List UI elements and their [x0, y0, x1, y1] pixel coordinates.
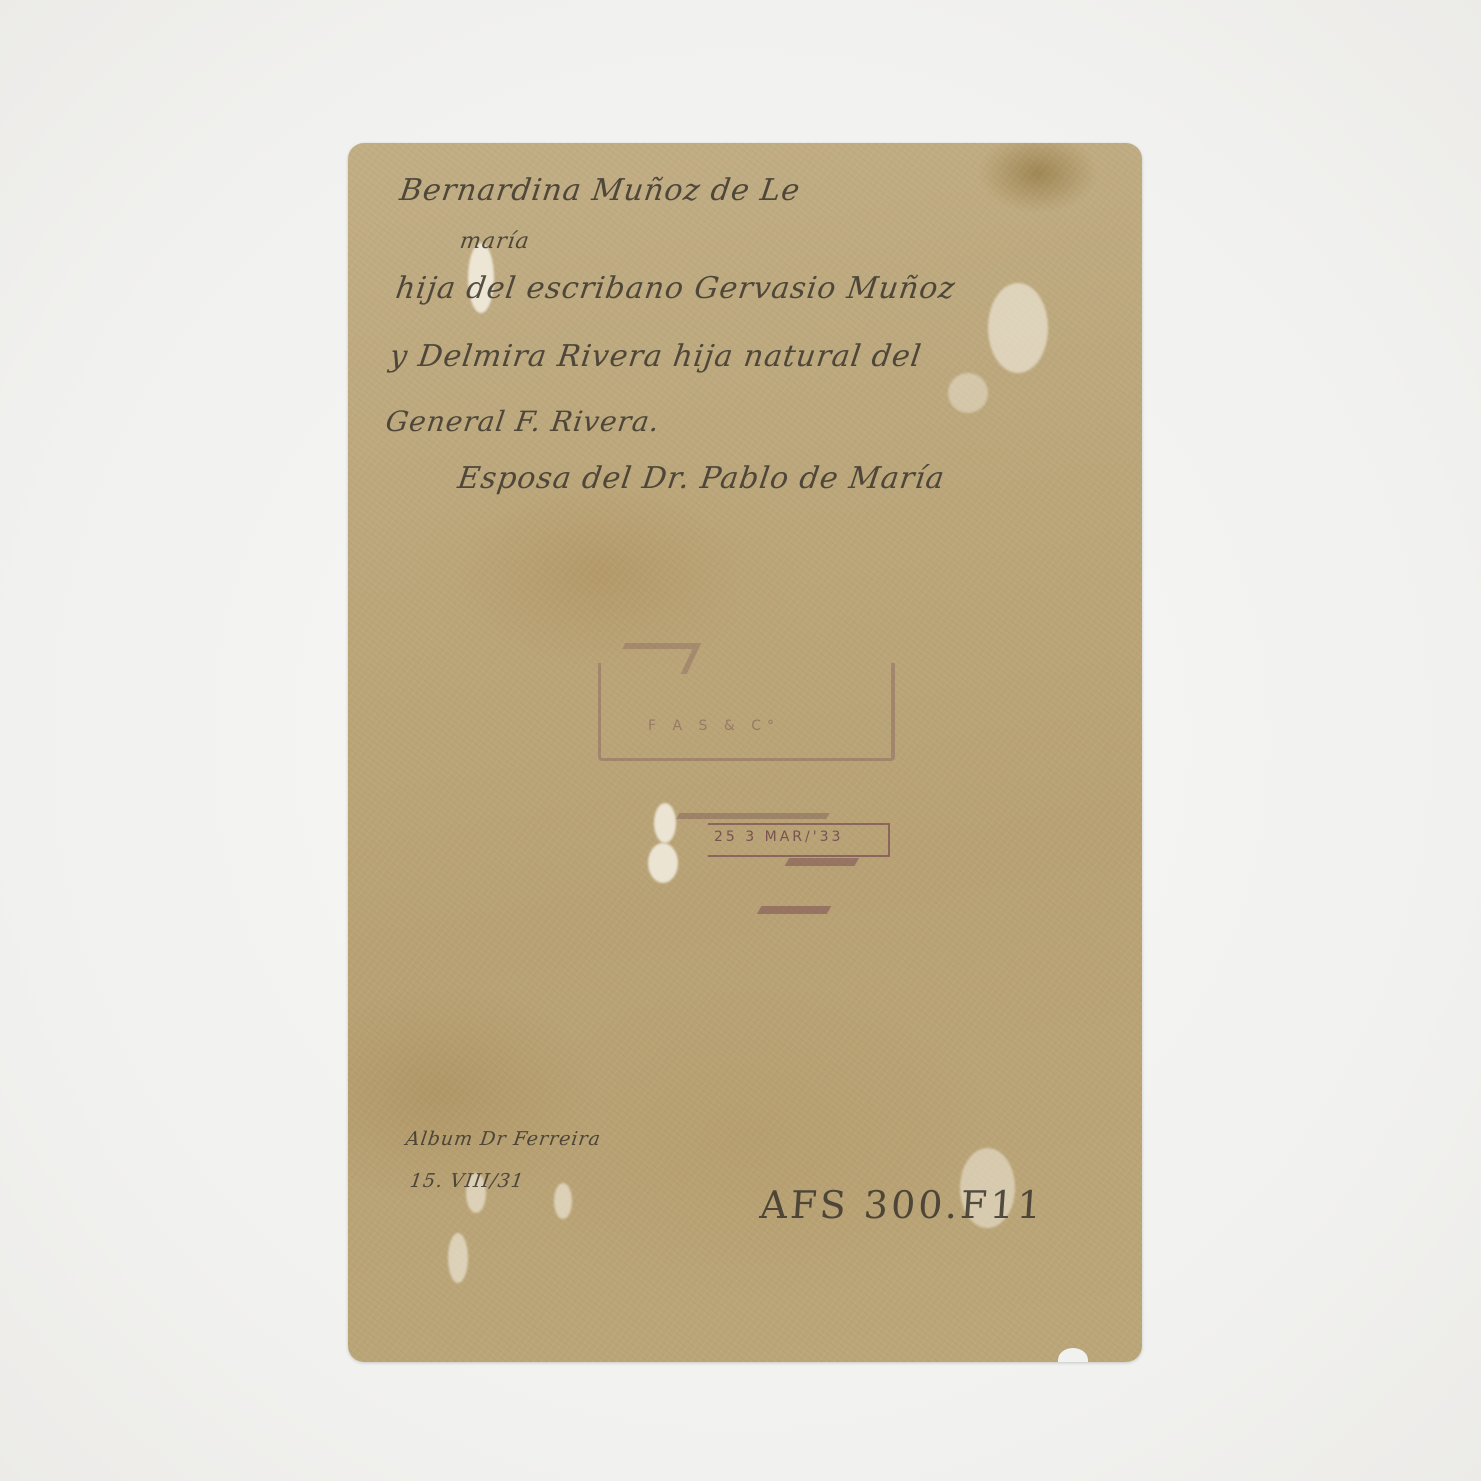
- inscription-line: y Delmira Rivera hija natural del: [388, 339, 924, 374]
- album-date: 15. VIII/31: [408, 1170, 525, 1192]
- inscription-line: Bernardina Muñoz de Le: [398, 173, 803, 208]
- paper-scuff: [948, 373, 988, 413]
- inscription-line: Esposa del Dr. Pablo de María: [456, 461, 948, 496]
- stamp-date-text: 25 3 MAR/'33: [714, 829, 843, 845]
- paper-scuff: [448, 1233, 468, 1283]
- photo-card-back: Bernardina Muñoz de Le maría hija del es…: [348, 143, 1142, 1362]
- inscription-line: General F. Rivera.: [384, 405, 662, 438]
- stamp-arrow-icon: [611, 643, 701, 674]
- stamp-text-top: F A S & C°: [648, 718, 780, 734]
- stamp-arrow-icon: [757, 858, 859, 914]
- album-note: Album Dr Ferreira: [404, 1128, 602, 1150]
- inscription-line: hija del escribano Gervasio Muñoz: [394, 271, 958, 306]
- paper-scuff: [988, 283, 1048, 373]
- edge-notch: [1058, 1348, 1088, 1362]
- stamp-frame-top: [598, 663, 895, 761]
- stamp-band: [676, 778, 850, 819]
- catalog-number: AFS 300.F11: [758, 1183, 1045, 1227]
- inscription-line: maría: [458, 229, 531, 254]
- ink-stamp: F A S & C° 25 3 MAR/'33: [578, 663, 898, 903]
- paper-scuff: [554, 1183, 572, 1219]
